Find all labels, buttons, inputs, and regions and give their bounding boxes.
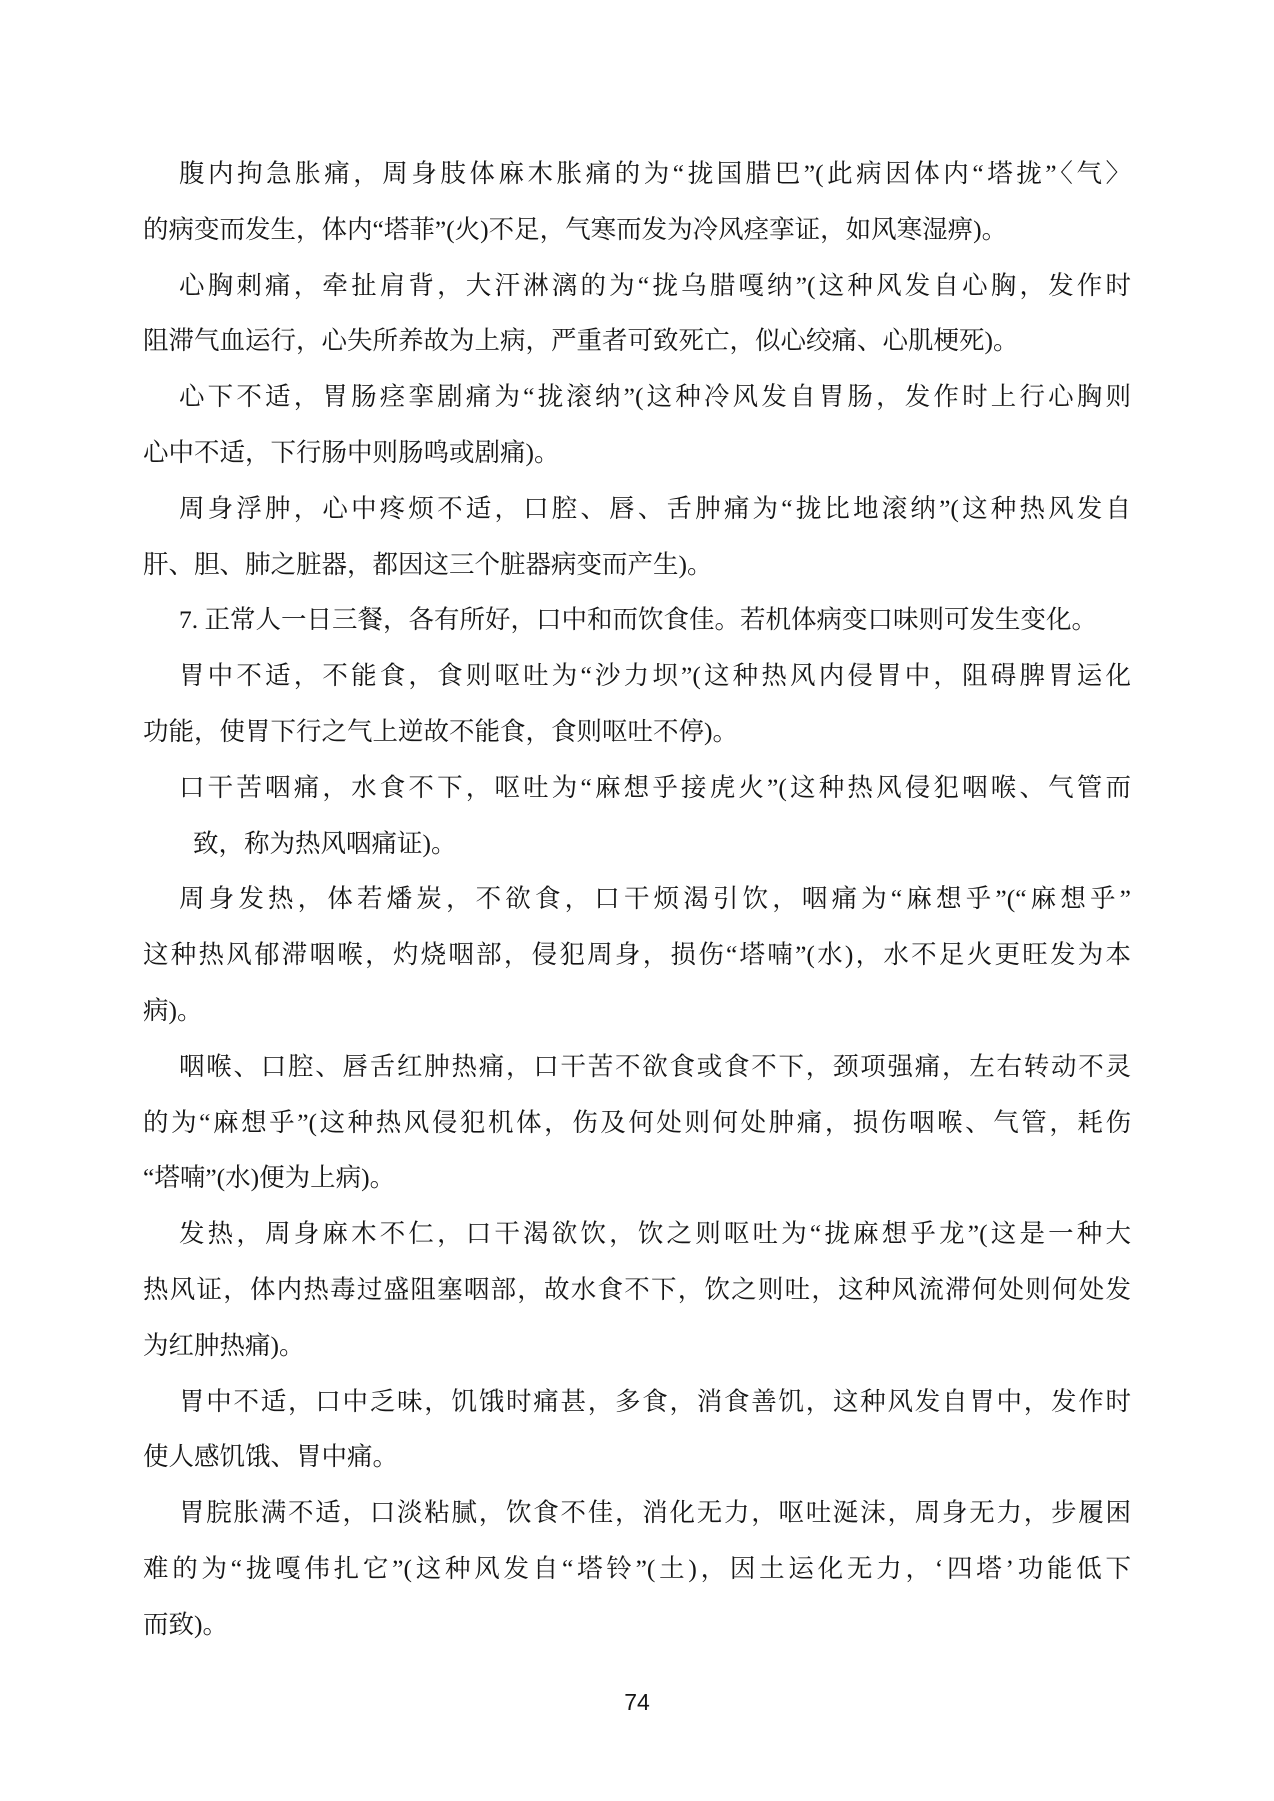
text-line: 口干苦咽痛，水食不下，呕吐为“麻想乎接虎火”(这种热风侵犯咽喉、气管而	[143, 760, 1131, 816]
text-line: 发热，周身麻木不仁，口干渴欲饮，饮之则呕吐为“拢麻想乎龙”(这是一种大	[143, 1206, 1131, 1262]
text-line: 心下不适，胃肠痉挛剧痛为“拢滚纳”(这种冷风发自胃肠，发作时上行心胸则	[143, 369, 1131, 425]
text-body: 腹内拘急胀痛，周身肢体麻木胀痛的为“拢国腊巴”(此病因体内“塔拢”〈气〉 的病变…	[143, 146, 1131, 1653]
text-line: 肝、胆、肺之脏器，都因这三个脏器病变而产生)。	[143, 537, 1131, 593]
text-line: 热风证，体内热毒过盛阻塞咽部，故水食不下，饮之则吐，这种风流滞何处则何处发	[143, 1262, 1131, 1318]
text-line: 这种热风郁滞咽喉，灼烧咽部，侵犯周身，损伤“塔喃”(水)，水不足火更旺发为本	[143, 927, 1131, 983]
text-line: 周身浮肿，心中疼烦不适，口腔、唇、舌肿痛为“拢比地滚纳”(这种热风发自	[143, 481, 1131, 537]
text-line: 咽喉、口腔、唇舌红肿热痛，口干苦不欲食或食不下，颈项强痛，左右转动不灵	[143, 1039, 1131, 1095]
text-line: 胃脘胀满不适，口淡粘腻，饮食不佳，消化无力，呕吐涎沫，周身无力，步履困	[143, 1485, 1131, 1541]
text-line: 腹内拘急胀痛，周身肢体麻木胀痛的为“拢国腊巴”(此病因体内“塔拢”〈气〉	[143, 146, 1131, 202]
text-line: 为红肿热痛)。	[143, 1318, 1131, 1374]
text-line: 心中不适，下行肠中则肠鸣或剧痛)。	[143, 425, 1131, 481]
text-line: 7. 正常人一日三餐，各有所好，口中和而饮食佳。若机体病变口味则可发生变化。	[143, 592, 1131, 648]
text-line: 病)。	[143, 983, 1131, 1039]
text-line: 致，称为热风咽痛证)。	[143, 816, 1131, 872]
text-line: 周身发热，体若燔炭，不欲食，口干烦渴引饮，咽痛为“麻想乎”(“麻想乎”	[143, 871, 1131, 927]
text-line: 而致)。	[143, 1597, 1131, 1653]
text-line: “塔喃”(水)便为上病)。	[143, 1150, 1131, 1206]
text-line: 的为“麻想乎”(这种热风侵犯机体，伤及何处则何处肿痛，损伤咽喉、气管，耗伤	[143, 1095, 1131, 1151]
text-line: 功能，使胃下行之气上逆故不能食，食则呕吐不停)。	[143, 704, 1131, 760]
text-line: 心胸刺痛，牵扯肩背，大汗淋漓的为“拢乌腊嘎纳”(这种风发自心胸，发作时	[143, 258, 1131, 314]
text-line: 难的为“拢嘎伟扎它”(这种风发自“塔铃”(土)，因土运化无力，‘四塔’功能低下	[143, 1541, 1131, 1597]
text-line: 阻滞气血运行，心失所养故为上病，严重者可致死亡，似心绞痛、心肌梗死)。	[143, 313, 1131, 369]
text-line: 胃中不适，口中乏味，饥饿时痛甚，多食，消食善饥，这种风发自胃中，发作时	[143, 1374, 1131, 1430]
text-line: 胃中不适，不能食，食则呕吐为“沙力坝”(这种热风内侵胃中，阻碍脾胃运化	[143, 648, 1131, 704]
text-line: 的病变而发生，体内“塔菲”(火)不足，气寒而发为冷风痉挛证，如风寒湿痹)。	[143, 202, 1131, 258]
document-page: 腹内拘急胀痛，周身肢体麻木胀痛的为“拢国腊巴”(此病因体内“塔拢”〈气〉 的病变…	[0, 0, 1274, 1801]
page-number: 74	[0, 1686, 1274, 1718]
text-line: 使人感饥饿、胃中痛。	[143, 1429, 1131, 1485]
